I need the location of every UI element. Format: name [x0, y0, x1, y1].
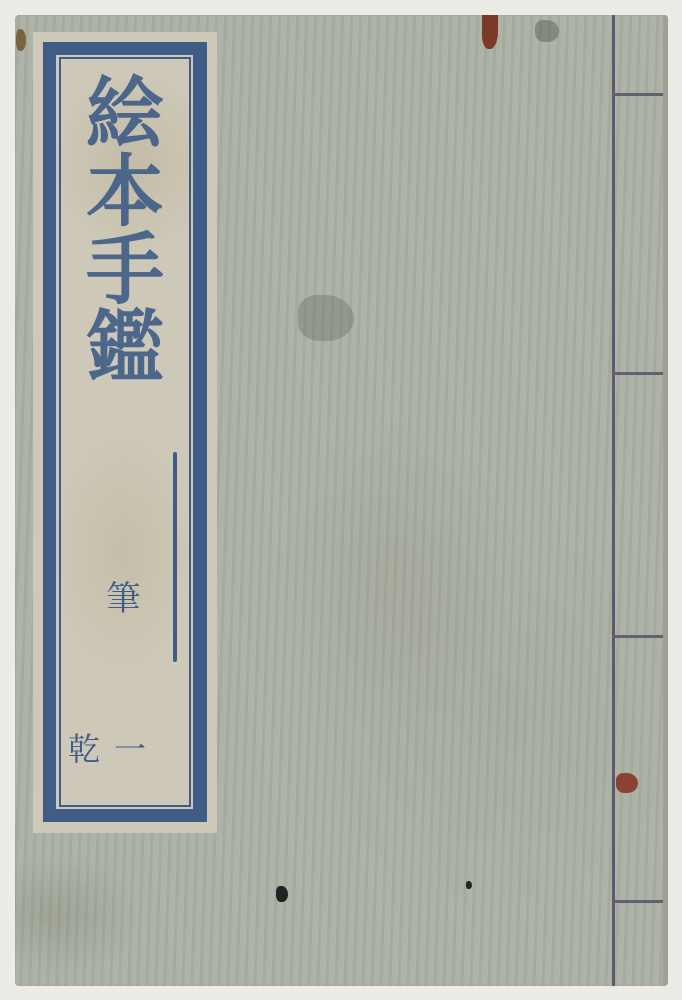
rust-stain-top — [482, 15, 498, 49]
binding-stitch-4 — [612, 900, 668, 903]
rust-stain-corner — [16, 29, 26, 51]
binding-stitch-3 — [612, 635, 668, 638]
book-cover: 絵本手鑑 筆 一 乾 — [15, 15, 668, 986]
ink-spot-right — [466, 881, 472, 889]
ink-spot-left — [276, 886, 288, 902]
calligraphy-stroke — [173, 452, 177, 662]
book-subtitle: 筆 — [105, 580, 145, 614]
binding-stitch-2 — [612, 372, 668, 375]
smudge-center — [298, 295, 354, 341]
rust-stain-spine — [616, 773, 638, 793]
dark-smudge-top — [535, 20, 559, 42]
binding-stitch-1 — [612, 93, 668, 96]
volume-label: 一 乾 — [111, 732, 151, 833]
title-slip: 絵本手鑑 筆 一 乾 — [33, 32, 217, 833]
binding-thread-vertical — [612, 15, 615, 986]
cover-edge — [663, 15, 668, 986]
book-title: 絵本手鑑 — [73, 72, 177, 572]
